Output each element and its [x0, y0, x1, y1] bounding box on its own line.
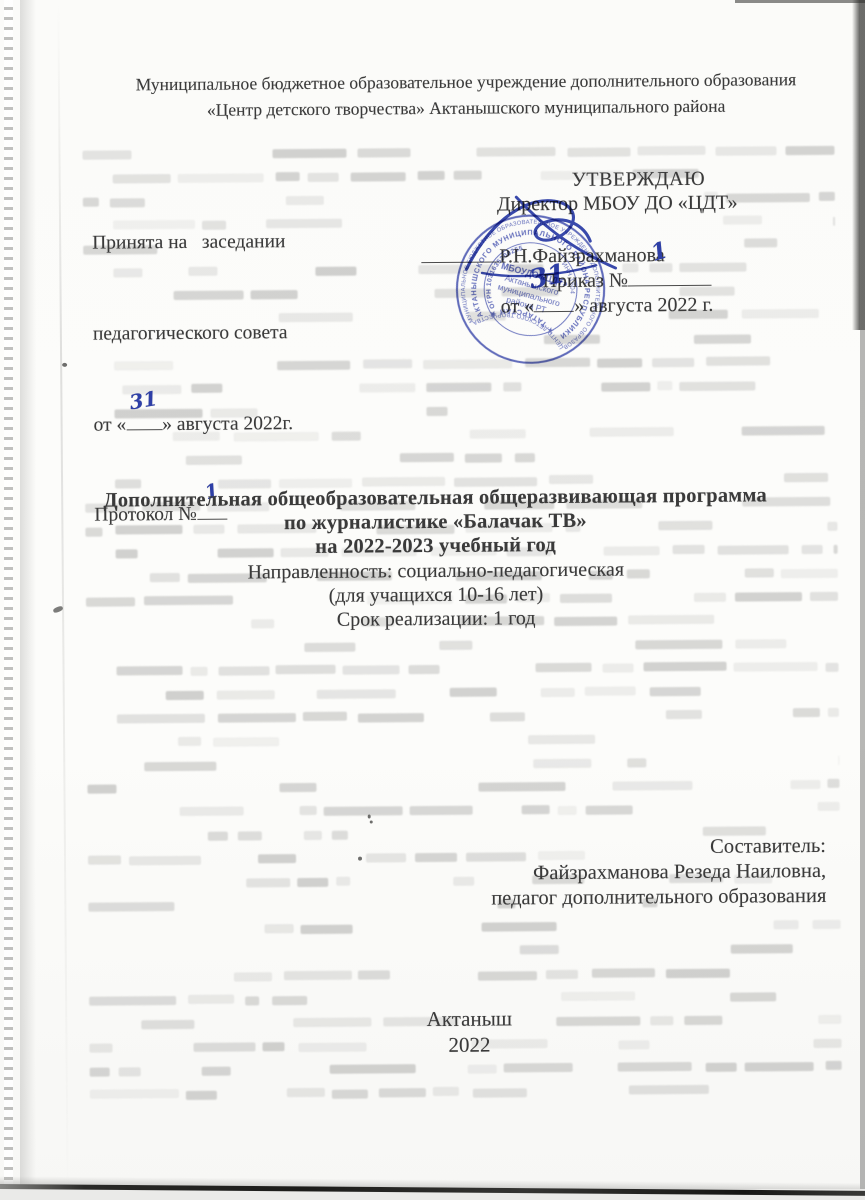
ghost-bleedthrough-word — [503, 382, 521, 391]
ghost-bleedthrough-word — [519, 945, 559, 954]
ghost-bleedthrough-word — [666, 969, 730, 978]
ghost-bleedthrough-word — [637, 146, 706, 156]
ghost-bleedthrough-word — [117, 714, 205, 724]
ghost-bleedthrough-word — [467, 1065, 497, 1074]
ghost-bleedthrough-word — [612, 781, 692, 791]
ghost-bleedthrough-word — [534, 759, 592, 768]
ghost-bleedthrough-word — [546, 970, 578, 979]
ghost-bleedthrough-word — [180, 807, 244, 817]
ghost-bleedthrough-word — [336, 877, 350, 886]
ghost-bleedthrough-word — [350, 172, 405, 181]
ghost-bleedthrough-word — [734, 662, 818, 672]
acceptance-line1: Принята на заседании — [92, 228, 292, 260]
ghost-bleedthrough-word — [213, 737, 279, 747]
ghost-bleedthrough-word — [234, 973, 271, 982]
scanned-document: Муниципальное бюджетное образовательное … — [0, 0, 865, 1200]
ghost-bleedthrough-word — [597, 358, 642, 367]
ghost-bleedthrough-word — [363, 359, 413, 368]
scan-speck — [62, 363, 67, 367]
ghost-bleedthrough-word — [834, 545, 838, 554]
ghost-bleedthrough-word — [286, 195, 324, 204]
ghost-bleedthrough-word — [332, 431, 361, 440]
ghost-bleedthrough-word — [818, 802, 840, 811]
acceptance-date-prefix: от « — [94, 414, 127, 435]
ghost-bleedthrough-word — [119, 1068, 141, 1077]
ghost-bleedthrough-word — [601, 382, 650, 391]
ghost-bleedthrough-word — [426, 407, 447, 416]
ghost-bleedthrough-word — [541, 687, 575, 696]
ghost-bleedthrough-word — [590, 427, 674, 437]
order-number-blank: 1 — [628, 266, 712, 287]
ghost-bleedthrough-word — [786, 145, 835, 154]
ghost-bleedthrough-word — [818, 192, 835, 201]
ghost-bleedthrough-word — [478, 971, 537, 980]
ghost-bleedthrough-word — [716, 146, 777, 155]
ghost-bleedthrough-word — [202, 1066, 231, 1075]
ghost-bleedthrough-word — [165, 690, 204, 699]
ghost-bleedthrough-word — [186, 1090, 217, 1099]
ghost-bleedthrough-word — [284, 971, 352, 981]
ghost-bleedthrough-word — [379, 1088, 426, 1097]
acceptance-line2: педагогического совета — [93, 318, 293, 350]
ghost-bleedthrough-word — [774, 920, 800, 929]
ghost-bleedthrough-word — [400, 452, 454, 461]
ghost-bleedthrough-word — [521, 805, 550, 814]
ghost-bleedthrough-word — [409, 665, 440, 674]
ghost-bleedthrough-word — [90, 1067, 111, 1076]
ghost-bleedthrough-word — [705, 1062, 737, 1071]
ghost-bleedthrough-word — [784, 473, 828, 482]
ghost-bleedthrough-word — [826, 1060, 842, 1069]
composer-role: педагог дополнительного образования — [402, 884, 826, 912]
ghost-bleedthrough-word — [586, 805, 633, 814]
composer-name: Файзрахманова Резеда Наиловна, — [402, 859, 826, 887]
ghost-bleedthrough-word — [323, 806, 402, 816]
ghost-bleedthrough-word — [679, 381, 755, 391]
ghost-bleedthrough-word — [332, 831, 348, 840]
ghost-bleedthrough-word — [272, 148, 346, 158]
organization-header: Муниципальное бюджетное образовательное … — [76, 67, 856, 124]
ghost-bleedthrough-word — [731, 944, 794, 953]
ghost-bleedthrough-word — [826, 662, 839, 671]
right-scan-edge — [860, 0, 865, 1200]
ghost-bleedthrough-word — [257, 854, 296, 863]
ghost-bleedthrough-word — [90, 1089, 179, 1099]
signature-underline-stroke — [482, 265, 596, 276]
ghost-bleedthrough-word — [409, 805, 472, 814]
ghost-bleedthrough-word — [561, 992, 635, 1002]
ghost-bleedthrough-word — [635, 640, 723, 650]
ghost-bleedthrough-word — [303, 712, 347, 721]
acceptance-date-blank: 31 — [126, 410, 162, 430]
ghost-bleedthrough-word — [490, 712, 525, 721]
ghost-bleedthrough-word — [245, 996, 259, 1005]
ghost-bleedthrough-word — [592, 968, 656, 977]
ghost-bleedthrough-word — [89, 996, 176, 1006]
ghost-bleedthrough-word — [627, 758, 646, 767]
ghost-bleedthrough-word — [317, 689, 396, 699]
ghost-bleedthrough-word — [188, 995, 233, 1004]
ghost-bleedthrough-word — [730, 992, 776, 1001]
ghost-bleedthrough-word — [666, 710, 702, 719]
ghost-bleedthrough-word — [536, 663, 592, 672]
ghost-bleedthrough-word — [515, 453, 536, 462]
ghost-bleedthrough-word — [432, 1087, 459, 1096]
ghost-bleedthrough-word — [246, 878, 290, 887]
binding-edge-strip — [0, 0, 20, 1200]
ghost-bleedthrough-word — [279, 783, 317, 792]
composer-label: Составитель: — [402, 834, 826, 862]
program-title-block: Дополнительная общеобразовательная общер… — [55, 483, 816, 634]
ghost-bleedthrough-word — [238, 831, 262, 840]
ghost-bleedthrough-word — [117, 666, 183, 676]
ghost-bleedthrough-word — [473, 1088, 527, 1097]
composer-block: Составитель: Файзрахманова Резеда Наилов… — [402, 834, 827, 912]
approve-word: УТВЕРЖДАЮ — [572, 168, 706, 192]
ghost-bleedthrough-word — [744, 239, 777, 248]
ghost-bleedthrough-word — [366, 854, 407, 863]
ghost-bleedthrough-word — [791, 779, 821, 788]
ghost-bleedthrough-word — [332, 1089, 368, 1098]
ghost-bleedthrough-word — [528, 735, 595, 745]
ghost-bleedthrough-word — [557, 805, 577, 814]
ghost-bleedthrough-word — [304, 643, 355, 652]
ghost-bleedthrough-word — [300, 806, 317, 815]
ghost-bleedthrough-word — [793, 708, 821, 717]
ghost-bleedthrough-word — [477, 147, 555, 157]
ghost-bleedthrough-word — [276, 665, 336, 674]
director-signature — [452, 190, 638, 283]
ghost-bleedthrough-word — [479, 782, 565, 792]
ghost-bleedthrough-word — [602, 663, 633, 672]
ghost-bleedthrough-word — [218, 666, 269, 675]
ghost-bleedthrough-word — [358, 713, 424, 723]
ghost-bleedthrough-word — [706, 357, 769, 366]
ghost-bleedthrough-word — [827, 779, 840, 788]
ghost-bleedthrough-word — [694, 334, 752, 343]
ghost-bleedthrough-word — [343, 666, 400, 675]
ghost-bleedthrough-word — [191, 666, 208, 675]
ghost-bleedthrough-word — [629, 1085, 709, 1095]
ghost-bleedthrough-word — [643, 662, 726, 672]
left-edge-shadow — [20, 0, 36, 1200]
ghost-bleedthrough-word — [362, 477, 445, 487]
ghost-bleedthrough-word — [742, 309, 819, 319]
signature-strokes — [466, 196, 616, 276]
acceptance-date-suffix: » августа 2022г. — [162, 413, 293, 435]
ghost-bleedthrough-word — [88, 855, 122, 864]
ghost-bleedthrough-word — [218, 713, 296, 723]
ghost-bleedthrough-word — [178, 737, 201, 746]
ghost-bleedthrough-word — [504, 1063, 572, 1073]
ghost-bleedthrough-word — [741, 426, 824, 436]
top-scan-edge — [735, 0, 865, 3]
document-sheet: Муниципальное бюджетное образовательное … — [0, 0, 865, 1200]
ghost-bleedthrough-word — [359, 384, 415, 393]
ghost-bleedthrough-word — [358, 971, 390, 980]
ghost-bleedthrough-word — [426, 382, 491, 392]
ghost-bleedthrough-word — [828, 708, 839, 717]
ghost-bleedthrough-word — [723, 216, 762, 225]
ghost-bleedthrough-word — [726, 193, 809, 203]
ghost-bleedthrough-word — [454, 170, 482, 179]
ghost-bleedthrough-word — [207, 831, 227, 840]
ghost-bleedthrough-word — [303, 831, 321, 840]
ghost-bleedthrough-word — [315, 267, 356, 276]
ghost-bleedthrough-word — [330, 1064, 416, 1074]
ghost-bleedthrough-word — [88, 902, 174, 912]
ghost-bleedthrough-word — [653, 358, 695, 367]
ghost-bleedthrough-word — [358, 148, 410, 157]
ghost-bleedthrough-word — [833, 216, 835, 225]
acceptance-date-line: от «31» августа 2022г. — [93, 409, 293, 441]
ghost-bleedthrough-word — [465, 453, 502, 462]
ghost-bleedthrough-word — [650, 687, 701, 696]
ghost-bleedthrough-word — [307, 172, 338, 181]
ghost-bleedthrough-word — [585, 686, 636, 695]
ghost-bleedthrough-word — [82, 150, 131, 159]
ink-dot — [370, 820, 373, 823]
ghost-bleedthrough-word — [265, 924, 294, 933]
ghost-bleedthrough-word — [481, 922, 556, 932]
ghost-bleedthrough-word — [568, 147, 631, 156]
scan-background: { "document": { "header": { "line1": "Му… — [0, 0, 865, 1200]
ghost-bleedthrough-word — [838, 755, 839, 764]
ghost-bleedthrough-word — [217, 690, 275, 699]
ghost-bleedthrough-word — [144, 761, 217, 771]
ink-dot — [358, 857, 362, 861]
ghost-bleedthrough-word — [813, 920, 841, 929]
ghost-bleedthrough-word — [418, 171, 444, 180]
handwritten-day: 31 — [127, 383, 159, 417]
ghost-bleedthrough-word — [297, 878, 328, 887]
ghost-bleedthrough-word — [658, 381, 673, 390]
ghost-bleedthrough-word — [745, 1062, 813, 1072]
ghost-bleedthrough-word — [272, 996, 307, 1005]
ghost-bleedthrough-word — [129, 856, 201, 866]
ghost-bleedthrough-word — [735, 639, 787, 648]
ghost-bleedthrough-word — [618, 1062, 692, 1072]
ghost-bleedthrough-word — [287, 1088, 325, 1097]
ghost-bleedthrough-word — [439, 641, 473, 650]
ghost-bleedthrough-word — [449, 687, 496, 696]
ghost-bleedthrough-word — [87, 785, 116, 794]
ghost-bleedthrough-word — [828, 522, 838, 531]
ghost-bleedthrough-word — [469, 429, 526, 438]
place-year-block: Актаныш 2022 — [109, 1003, 829, 1061]
ghost-bleedthrough-word — [549, 475, 592, 484]
ghost-bleedthrough-word — [300, 924, 352, 933]
ink-dot — [368, 814, 371, 818]
